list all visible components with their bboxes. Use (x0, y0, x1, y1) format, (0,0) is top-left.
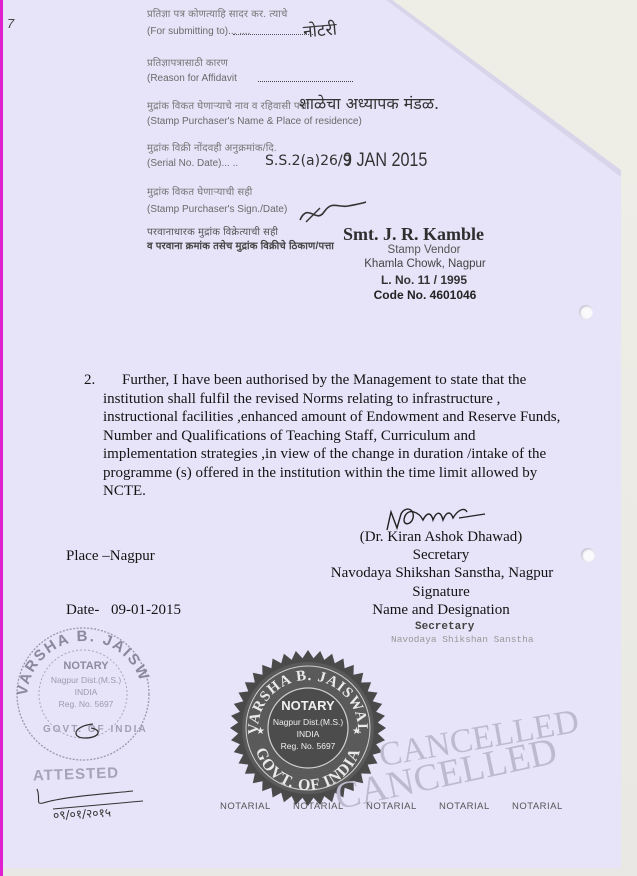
scan-edge (0, 0, 3, 876)
paragraph-line: institution shall fulfil the revised Nor… (103, 390, 500, 409)
notarial-label: NOTARIAL (512, 801, 585, 812)
reason-label: (Reason for Affidavit (147, 73, 237, 84)
paragraph-line: Further, I have been authorised by the M… (122, 371, 526, 390)
paragraph-line: Number and Qualifications of Teaching St… (103, 427, 475, 446)
name-designation-label: Name and Designation (343, 601, 539, 620)
signatory-name: (Dr. Kiran Ashok Dhawad) (356, 528, 526, 547)
reason-marathi: प्रतिज्ञापत्रासाठी कारण (147, 55, 228, 69)
main-seal-title: NOTARY (281, 698, 335, 713)
purchaser-signature-icon (298, 198, 368, 226)
vendor-marathi-2: व परवाना क्रमांक तसेच मुद्रांक विक्रीचे … (147, 238, 334, 252)
vendor-name: Smt. J. R. Kamble (343, 224, 484, 245)
signatory-designation: Secretary (356, 546, 526, 565)
vendor-marathi-1: परवानाधारक मुद्रांक विक्रेत्याची सही (147, 224, 278, 238)
left-seal-center-1: NOTARY (51, 660, 121, 672)
place: Place –Nagpur (66, 547, 155, 566)
punch-hole (579, 305, 593, 319)
serial-marathi: मुद्रांक विक्री नोंदवही अनुक्रमांक/दि. (147, 140, 277, 154)
notarial-strip: NOTARIALNOTARIALNOTARIALNOTARIALNOTARIAL (220, 801, 585, 812)
signature-label: (Stamp Purchaser's Sign./Date) (147, 204, 287, 215)
left-seal-center-3: INDIA (51, 687, 121, 697)
notary-initial-icon (63, 720, 123, 744)
notarial-label: NOTARIAL (293, 801, 366, 812)
vendor-code: Code No. 4601046 (355, 288, 495, 302)
purchaser-marathi: मुद्रांक विकत घेणाऱ्याचे नाव व रहिवासी प… (147, 98, 309, 112)
vendor-license: L. No. 11 / 1995 (369, 273, 479, 287)
submitting-to-value: नोटरी (302, 17, 338, 43)
dotted-line (233, 34, 313, 35)
attested-date: ०९/०१/२०१५ (53, 803, 112, 823)
left-seal-center-2: Nagpur Dist.(M.S.) (46, 675, 126, 685)
purchaser-label: (Stamp Purchaser's Name & Place of resid… (147, 116, 362, 127)
dotted-line (258, 81, 353, 82)
paragraph-line: NCTE. (103, 482, 146, 501)
paragraph-line: instructional facilities ,enhanced amoun… (103, 408, 560, 427)
rubber-stamp-title: Secretary (415, 621, 474, 633)
purchaser-value: शाळेचा अध्यापक मंडळ. (299, 92, 439, 114)
notarial-label: NOTARIAL (366, 801, 439, 812)
paragraph-number: 2. (84, 371, 95, 390)
notarial-label: NOTARIAL (220, 801, 293, 812)
paragraph-line: programme (s) offered in the institution… (103, 464, 537, 483)
date-label: Date- (66, 601, 99, 620)
main-seal-line-3: Reg. No. 5697 (281, 741, 336, 751)
svg-text:★: ★ (256, 726, 265, 737)
main-seal-line-1: Nagpur Dist.(M.S.) (273, 717, 344, 727)
rubber-stamp-org: Navodaya Shikshan Sanstha (391, 634, 534, 645)
submitting-to-label: (For submitting to)... .... (147, 26, 250, 37)
signature-label: Signature (356, 583, 526, 602)
main-seal-line-2: INDIA (297, 729, 320, 739)
stamp-paper-page: 7 प्रतिज्ञा पत्र कोणत्याहि सादर कर. त्या… (3, 0, 621, 868)
submitting-to-marathi: प्रतिज्ञा पत्र कोणत्याहि सादर कर. त्याचे (147, 6, 288, 20)
vendor-address: Khamla Chowk, Nagpur (355, 258, 495, 270)
punch-hole (581, 548, 595, 562)
notarial-label: NOTARIAL (439, 801, 512, 812)
left-seal-center-4: Reg. No. 5697 (46, 699, 126, 709)
paragraph-line: implementation strategies ,in view of th… (103, 445, 546, 464)
vendor-title: Stamp Vendor (369, 244, 479, 256)
svg-text:★: ★ (352, 726, 361, 737)
signatory-organisation: Navodaya Shikshan Sanstha, Nagpur (319, 564, 565, 583)
serial-label: (Serial No. Date)... .. (147, 158, 238, 169)
signature-marathi: मुद्रांक विकत घेणाऱ्याची सही (147, 184, 252, 198)
serial-value: S.S.2(a)26/9 (265, 153, 352, 169)
attested-mark: ATTESTED (33, 765, 120, 785)
serial-date: 9 JAN 2015 (343, 150, 427, 172)
date-value: 09-01-2015 (111, 601, 181, 620)
page-number: 7 (7, 16, 14, 31)
